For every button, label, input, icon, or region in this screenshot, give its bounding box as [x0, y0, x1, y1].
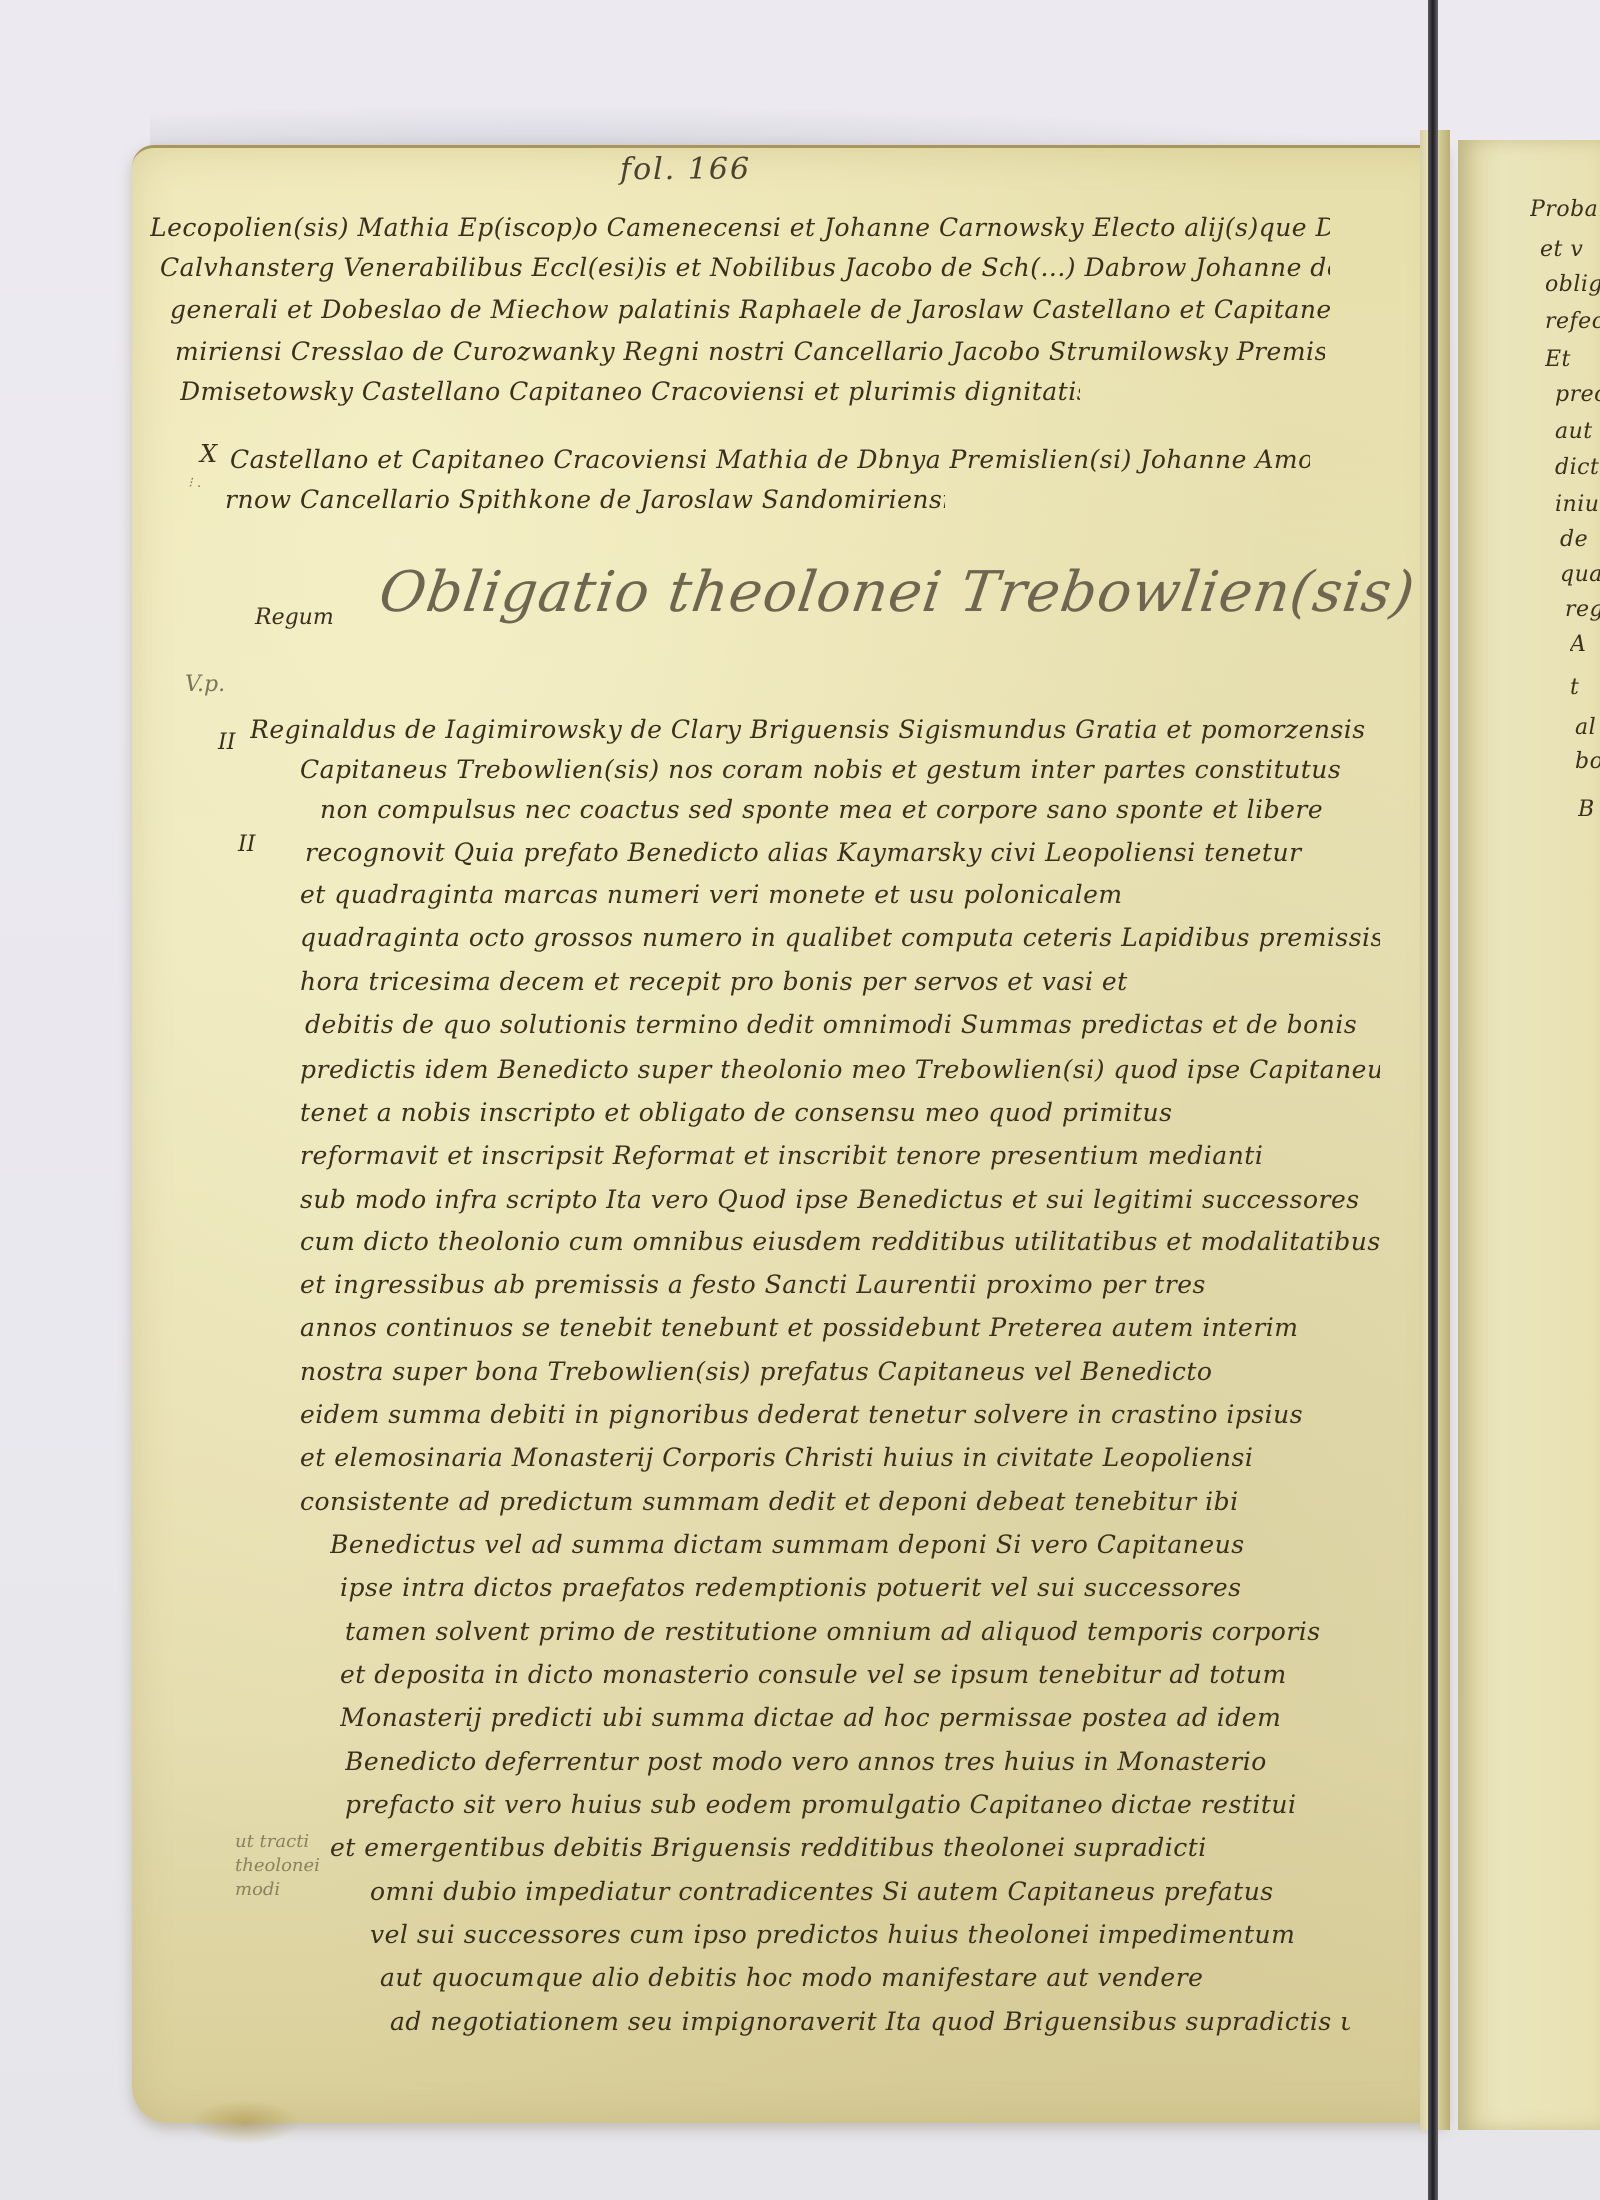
text-line: dicti [1555, 448, 1600, 488]
text-line: hora tricesima decem et recepit pro boni… [300, 962, 1380, 1002]
text-line: tamen solvent primo de restitutione omni… [345, 1612, 1380, 1652]
text-line: Benedicto deferrentur post modo vero ann… [345, 1742, 1395, 1782]
heading-prefix: Regum [255, 605, 334, 630]
text-line: et ingressibus ab premissis a festo Sanc… [300, 1265, 1350, 1305]
text-line: sub modo infra scripto Ita vero Quod ips… [300, 1180, 1380, 1220]
text-line: Lecopolien(sis) Mathia Ep(iscop)o Camene… [150, 208, 1330, 248]
text-line: et quadraginta marcas numeri veri monete… [300, 875, 1385, 915]
margin-note: ut tracti theolonei modi [235, 1830, 320, 1902]
text-line: ad negotiationem seu impignoraverit Ita … [390, 2002, 1350, 2042]
double-bar-mark: II [218, 730, 235, 755]
text-line: Calvhansterg Venerabilibus Eccl(esi)is e… [160, 248, 1330, 288]
text-line: Reginaldus de Iagimirowsky de Clary Brig… [250, 710, 1380, 750]
text-line: A [1570, 625, 1586, 665]
text-line: annos continuos se tenebit tenebunt et p… [300, 1308, 1380, 1348]
vp-mark: V.p. [185, 672, 225, 697]
text-line: Probar [1530, 190, 1600, 230]
text-line: regi [1565, 590, 1600, 630]
x-mark: X [200, 440, 217, 468]
text-line: tenet a nobis inscripto et obligato de c… [300, 1093, 1380, 1133]
text-line: iniun [1555, 485, 1600, 525]
text-line: Benedictus vel ad summa dictam summam de… [330, 1525, 1380, 1565]
text-line: reformavit et inscripsit Reformat et ins… [300, 1136, 1380, 1176]
text-line: et v [1540, 230, 1583, 270]
text-line: non compulsus nec coactus sed sponte mea… [320, 790, 1380, 830]
dots-mark: ⁝ . [188, 475, 201, 491]
text-line: recognovit Quia prefato Benedicto alias … [305, 833, 1385, 873]
margin-note-line: ut tracti [235, 1830, 320, 1854]
text-line: B [1578, 790, 1595, 830]
text-line: Dmisetowsky Castellano Capitaneo Cracovi… [180, 372, 1080, 412]
text-line: obliga [1545, 265, 1600, 305]
text-line: Et [1545, 340, 1571, 380]
water-stain [190, 2100, 300, 2145]
text-line: quadraginta octo grossos numero in quali… [300, 918, 1380, 958]
text-line: cum dicto theolonio cum omnibus eiusdem … [300, 1222, 1380, 1262]
text-line: Monasterij predicti ubi summa dictae ad … [340, 1698, 1380, 1738]
text-line: consistente ad predictum summam dedit et… [300, 1482, 1380, 1522]
text-line: aut quocumque alio debitis hoc modo mani… [380, 1958, 1400, 1998]
section-heading: Obligatio theolonei Trebowlien(sis) [375, 560, 1419, 625]
folio-number: fol. 166 [620, 152, 751, 187]
text-line: omni dubio impediatur contradicentes Si … [370, 1872, 1380, 1912]
text-line: debitis de quo solutionis termino dedit … [305, 1005, 1380, 1045]
text-line: qua [1560, 555, 1600, 595]
book-spine-clamp [1428, 0, 1438, 2200]
text-line: aut [1555, 412, 1593, 452]
text-line: refecto [1545, 302, 1600, 342]
text-line: de [1560, 520, 1588, 560]
text-line: prefacto sit vero huius sub eodem promul… [345, 1785, 1385, 1825]
text-line: rnow Cancellario Spithkone de Jaroslaw S… [225, 480, 945, 520]
text-line: vel sui successores cum ipso predictos h… [370, 1915, 1390, 1955]
text-line: generali et Dobeslao de Miechow palatini… [170, 290, 1330, 330]
text-line: nostra super bona Trebowlien(sis) prefat… [300, 1352, 1380, 1392]
margin-note-line: theolonei [235, 1854, 320, 1878]
text-line: et deposita in dicto monasterio consule … [340, 1655, 1380, 1695]
text-line: et elemosinaria Monasterij Corporis Chri… [300, 1438, 1380, 1478]
text-line: ipse intra dictos praefatos redemptionis… [340, 1568, 1380, 1608]
text-line: preo [1555, 375, 1600, 415]
margin-note-line: modi [235, 1878, 320, 1902]
text-line: Castellano et Capitaneo Cracoviensi Math… [230, 440, 1310, 480]
text-line: miriensi Cresslao de Curozwanky Regni no… [175, 332, 1325, 372]
text-line: bo [1575, 742, 1600, 782]
double-bar-mark: II [238, 832, 255, 857]
text-line: t [1570, 668, 1579, 708]
text-line: et emergentibus debitis Briguensis reddi… [330, 1828, 1380, 1868]
text-line: Capitaneus Trebowlien(sis) nos coram nob… [300, 750, 1380, 790]
text-line: eidem summa debiti in pignoribus dederat… [300, 1395, 1380, 1435]
text-line: predictis idem Benedicto super theolonio… [300, 1050, 1380, 1090]
